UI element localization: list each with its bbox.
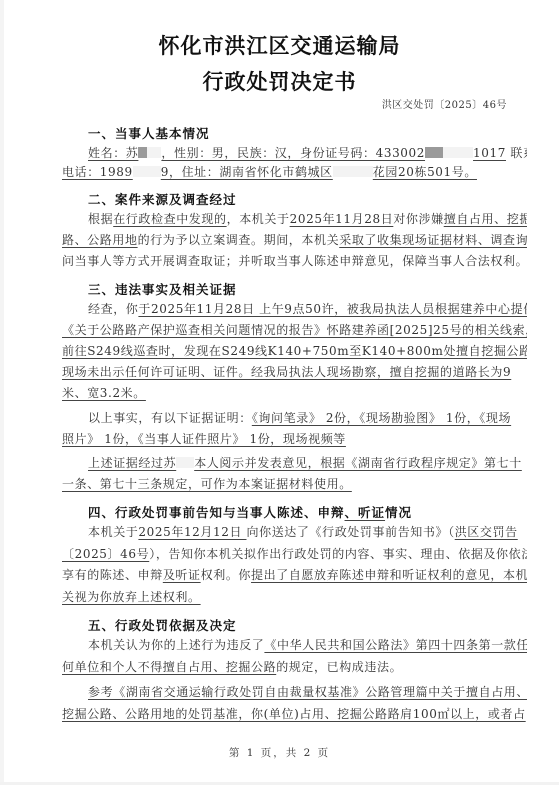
- section-3-line-2: 《关于公路路产保护巡查相关问题情况的报告》怀路建养函[2025]25号的相关线索…: [62, 322, 527, 338]
- redacted-address: [333, 166, 373, 177]
- section-2-line-3: 问当事人等方式开展调查取证；并听取当事人陈述申辩意见，保障当事人合法权利。: [62, 253, 527, 269]
- section-3-review-line-2: 一条、第七十三条规定，可作为本案证据材料使用。: [62, 476, 527, 492]
- section-1-line-1: 姓名：苏，性别：男，民族：汉，身份证号码：4330021017 联系: [88, 145, 527, 161]
- document-number: 洪区交处罚〔2025〕46号: [382, 96, 507, 111]
- section-4-line-2: 〔2025〕46号），告知你本机关拟作出行政处罚的内容、事实、理由、依据及你依法: [62, 546, 527, 562]
- section-1-line-2: 电话：19899，住址：湖南省怀化市鹤城区花园20栋501号。: [62, 164, 527, 180]
- section-3-line-5: 米、宽3.2米。: [62, 385, 527, 401]
- redacted-name: [138, 147, 147, 158]
- redacted-id: [425, 147, 443, 158]
- section-2-line-2: 路、公路用地的行为予以立案调查。期间，本机关采取了收集现场证据材料、调查询: [62, 232, 527, 248]
- section-5-line-4: 挖掘公路、公路用地的处罚基准，你(单位)占用、挖掘公路路肩100㎡以上，或者占: [62, 706, 527, 722]
- section-4-line-4: 关视为你放弃上述权利。: [62, 589, 527, 605]
- section-3-line-3: 前往S249线巡查时，发现在S249线K140+750m至K140+800m处擅…: [62, 343, 527, 359]
- section-3-heading: 三、违法事实及相关证据: [88, 280, 237, 298]
- document-title: 行政处罚决定书: [0, 66, 559, 96]
- redacted-id: [443, 147, 473, 158]
- redacted-name: [147, 147, 161, 158]
- redacted-name: [176, 457, 194, 468]
- section-3-evidence-line-1: 以上事实，有以下证据证明：《询问笔录》 2份，《现场勘验图》 1份，《现场: [88, 410, 527, 426]
- redacted-phone: [133, 166, 161, 177]
- page-left-edge: [0, 0, 4, 785]
- section-2-heading: 二、案件来源及调查经过: [88, 190, 237, 208]
- section-3-line-4: 现场未出示任何许可证明、证件。经我局执法人现场勘察，擅自挖掘的道路长为9: [62, 364, 527, 380]
- party-info-line: 姓名：苏，性别：男，民族：汉，身份证号码：4330021017: [88, 146, 506, 160]
- page-indicator: 第 1 页，共 2 页: [0, 745, 559, 760]
- section-4-heading: 四、行政处罚事前告知与当事人陈述、申辩、听证情况: [88, 503, 412, 521]
- agency-title: 怀化市洪江区交通运输局: [0, 30, 559, 60]
- section-4-line-1: 本机关于2025年12月12日 向你送达了《行政处罚事前告知书》（洪区交罚告: [88, 524, 527, 540]
- section-5-line-3: 参考《湖南省交通运输行政处罚自由裁量权基准》公路管理篇中关于擅自占用、: [88, 684, 527, 700]
- section-5-line-1: 本机关认为你的上述行为违反了《中华人民共和国公路法》第四十四条第一款任: [88, 637, 527, 653]
- section-3-review-line-1: 上述证据经过苏本人阅示并发表意见，根据《湖南省行政程序规定》第七十: [88, 455, 527, 471]
- section-2-line-1: 根据在行政检查中发现的，本机关于2025年11月28日对你涉嫌擅自占用、挖掘公: [88, 211, 527, 227]
- section-4-line-3: 享有的陈述、申辩及听证权利。你提出了自愿放弃陈述申辩和听证权利的意见，本机: [62, 567, 527, 583]
- section-5-heading: 五、行政处罚依据及决定: [88, 616, 237, 634]
- section-5-line-2: 何单位和个人不得擅自占用、挖掘公路的规定，已构成违法。: [62, 659, 527, 675]
- section-1-heading: 一、当事人基本情况: [88, 124, 210, 142]
- section-3-evidence-line-2: 照片》 1份，《当事人证件照片》 1份，现场视频等: [62, 431, 527, 447]
- section-3-line-1: 经查，你于2025年11月28日 上午9点50许，被我局执法人员根据建养中心提供…: [88, 301, 527, 317]
